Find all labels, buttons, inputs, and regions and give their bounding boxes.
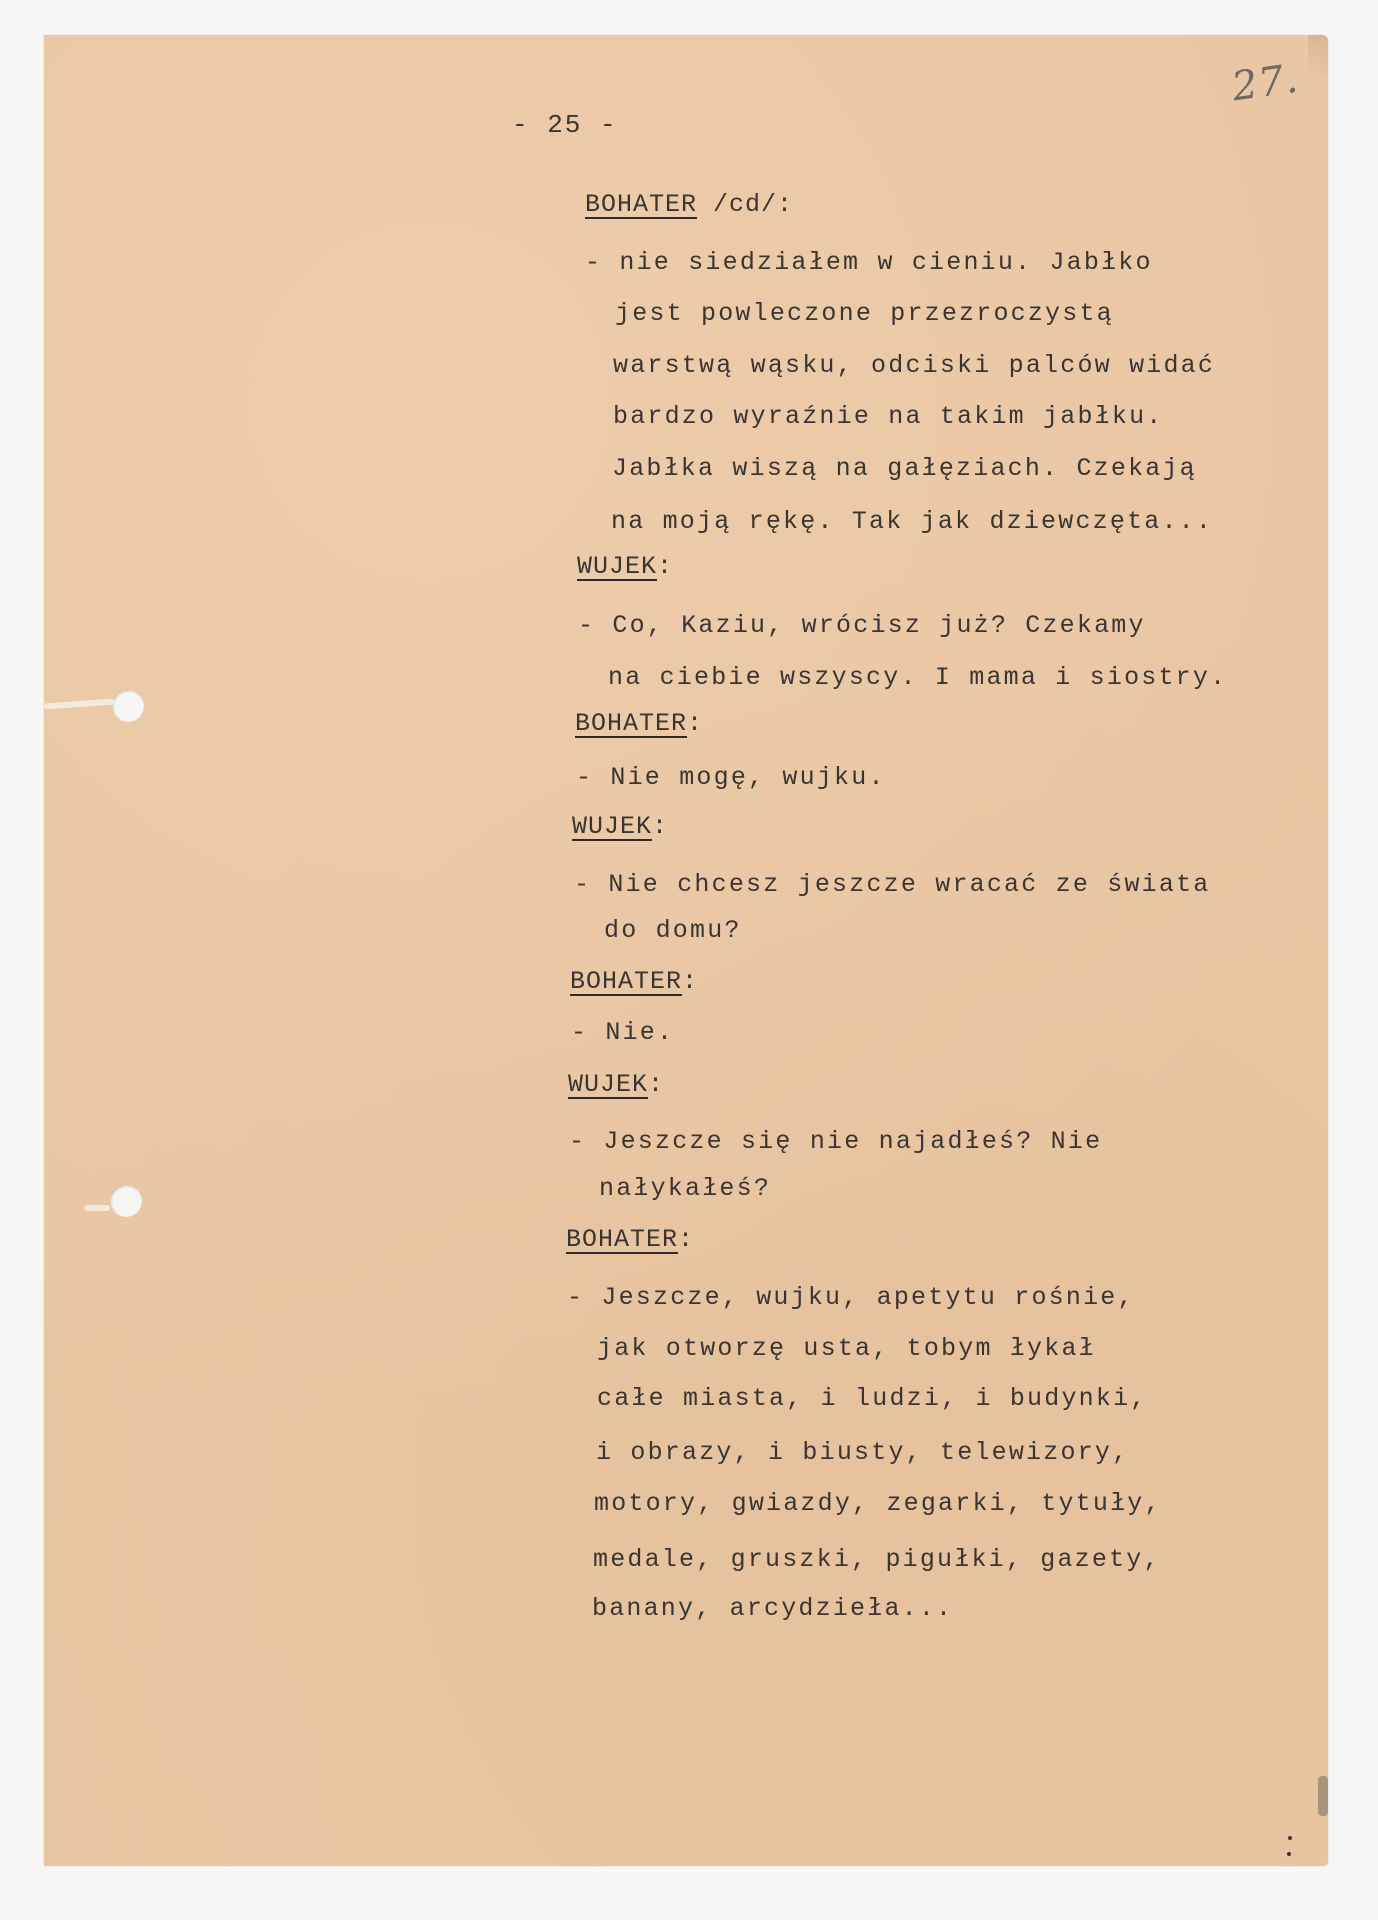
dialogue-line: jest powleczone przezroczystą [615, 301, 1114, 326]
speaker-label: BOHATER /cd/: [585, 192, 793, 217]
dialogue-line: i obrazy, i biusty, telewizory, [596, 1440, 1129, 1465]
speaker-label: WUJEK: [572, 814, 668, 839]
dialogue-line: banany, arcydzieła... [592, 1596, 953, 1621]
speaker-name: BOHATER [575, 709, 687, 738]
speaker-suffix: : [657, 552, 673, 581]
speaker-suffix: : [678, 1225, 694, 1254]
speaker-label: WUJEK: [577, 554, 673, 579]
dialogue-line: - Jeszcze, wujku, apetytu rośnie, [567, 1285, 1135, 1310]
speaker-name: WUJEK [568, 1070, 648, 1099]
dialogue-line: Jabłka wiszą na gałęziach. Czekają [612, 456, 1197, 481]
speaker-suffix: : [687, 709, 703, 738]
dialogue-line: warstwą wąsku, odciski palców widać [613, 353, 1215, 378]
ink-speck [1287, 1852, 1291, 1856]
dialogue-line: medale, gruszki, pigułki, gazety, [593, 1547, 1161, 1572]
punch-hole-upper [112, 690, 144, 722]
ink-speck [1288, 1836, 1292, 1840]
typed-page-number: - 25 - [512, 110, 618, 140]
paper-tear-lower [84, 1205, 110, 1211]
speaker-label: BOHATER: [570, 969, 698, 994]
speaker-name: BOHATER [566, 1225, 678, 1254]
dialogue-line: - Nie chcesz jeszcze wracać ze świata [574, 872, 1211, 897]
dialogue-line: jak otworzę usta, tobym łykał [597, 1336, 1096, 1361]
paper-tear-upper [44, 699, 114, 710]
punch-hole-lower [110, 1185, 142, 1217]
speaker-label: BOHATER: [566, 1227, 694, 1252]
dialogue-line: - nie siedziałem w cieniu. Jabłko [585, 250, 1153, 275]
dialogue-line: nałykałeś? [599, 1176, 771, 1201]
speaker-name: WUJEK [577, 552, 657, 581]
edge-stain [1318, 1776, 1328, 1816]
speaker-name: BOHATER [570, 967, 682, 996]
dialogue-line: na moją rękę. Tak jak dziewczęta... [611, 509, 1213, 534]
speaker-name: WUJEK [572, 812, 652, 841]
speaker-label: WUJEK: [568, 1072, 664, 1097]
dialogue-line: - Nie. [571, 1020, 674, 1045]
corner-fold [1308, 35, 1328, 75]
dialogue-line: motory, gwiazdy, zegarki, tytuły, [594, 1491, 1162, 1516]
speaker-suffix: /cd/: [697, 190, 793, 219]
dialogue-line: do domu? [604, 918, 742, 943]
dialogue-line: całe miasta, i ludzi, i budynki, [597, 1386, 1147, 1411]
speaker-suffix: : [682, 967, 698, 996]
speaker-label: BOHATER: [575, 711, 703, 736]
handwritten-page-number: 27. [1229, 56, 1301, 111]
speaker-name: BOHATER [585, 190, 697, 219]
speaker-suffix: : [648, 1070, 664, 1099]
dialogue-line: bardzo wyraźnie na takim jabłku. [613, 404, 1163, 429]
dialogue-line: na ciebie wszyscy. I mama i siostry. [608, 665, 1227, 690]
dialogue-line: - Jeszcze się nie najadłeś? Nie [569, 1129, 1102, 1154]
dialogue-line: - Nie mogę, wujku. [576, 765, 886, 790]
dialogue-line: - Co, Kaziu, wrócisz już? Czekamy [578, 613, 1146, 638]
speaker-suffix: : [652, 812, 668, 841]
